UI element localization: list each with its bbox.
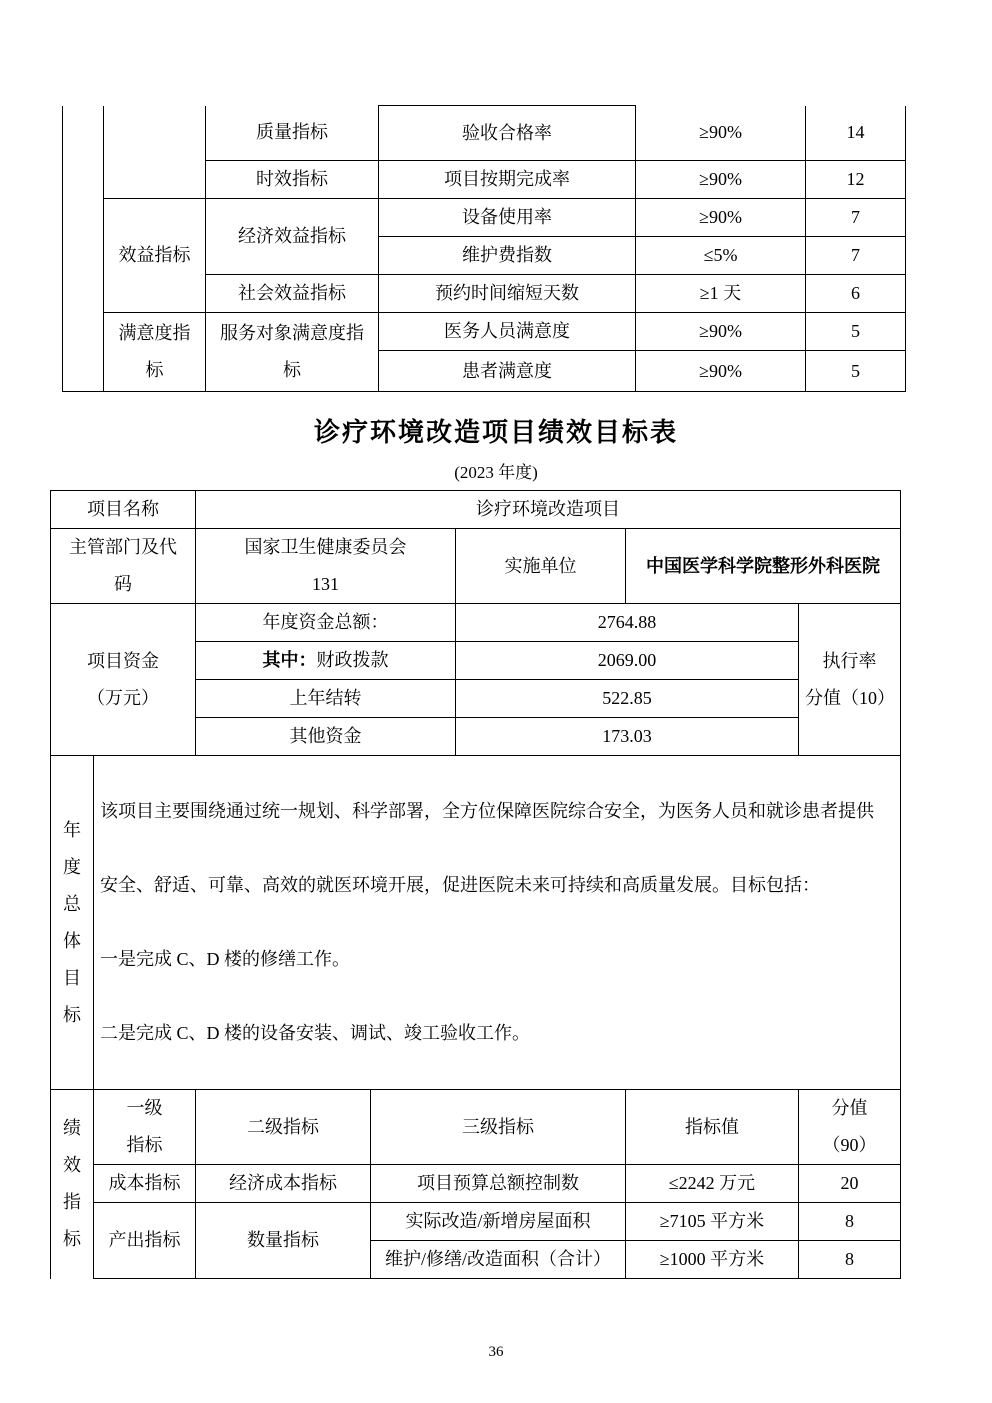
funding-total-label-cell: 年度资金总额： xyxy=(196,604,456,642)
page-title: 诊疗环境改造项目绩效目标表 xyxy=(0,412,992,449)
header-score-cell: 分值 （90） xyxy=(799,1090,901,1165)
annual-goal-label-cell: 年 度 总 体 目 标 xyxy=(51,756,94,1090)
perf-label-cell: 绩 效 指 标 xyxy=(51,1090,94,1279)
table-row: 效益指标 经济效益指标 设备使用率 ≥90% 7 xyxy=(63,199,906,237)
primary-indicator-cell: 产出指标 xyxy=(94,1203,196,1279)
funding-fiscal-label-cell: 其中：财政拨款 xyxy=(196,642,456,680)
target-value-cell: ≥90% xyxy=(636,313,806,351)
secondary-indicator-cell: 时效指标 xyxy=(206,161,379,199)
table-row: 主管部门及代 码 国家卫生健康委员会 131 实施单位 中国医学科学院整形外科医… xyxy=(51,529,901,604)
dept-cell: 国家卫生健康委员会 131 xyxy=(196,529,456,604)
indicator-name-cell: 实际改造/新增房屋面积 xyxy=(371,1203,626,1241)
indicator-name-cell: 维护费指数 xyxy=(379,237,636,275)
table-row: 项目资金 （万元） 年度资金总额： 2764.88 执行率 分值（10） xyxy=(51,604,901,642)
table-row: 质量指标 验收合格率 ≥90% 14 xyxy=(63,106,906,161)
score-cell: 8 xyxy=(799,1241,901,1279)
secondary-indicator-cell: 质量指标 xyxy=(206,106,379,161)
fiscal-label: 财政拨款 xyxy=(317,650,389,670)
goal-line: 一是完成 C、D 楼的修缮工作。 xyxy=(100,941,894,978)
target-value-cell: ≥90% xyxy=(636,199,806,237)
continued-left-spacer-cell xyxy=(63,106,104,392)
funding-other-value-cell: 173.03 xyxy=(456,718,799,756)
page-subtitle: (2023 年度) xyxy=(0,458,992,483)
execution-rate-cell: 执行率 分值（10） xyxy=(799,604,901,756)
table-row: 产出指标 数量指标 实际改造/新增房屋面积 ≥7105 平方米 8 xyxy=(51,1203,901,1241)
secondary-indicator-cell: 数量指标 xyxy=(196,1203,371,1279)
indicator-name-cell: 验收合格率 xyxy=(379,106,636,161)
funding-carryover-label-cell: 上年结转 xyxy=(196,680,456,718)
score-cell: 12 xyxy=(806,161,906,199)
indicator-name-cell: 医务人员满意度 xyxy=(379,313,636,351)
performance-target-table: 项目名称 诊疗环境改造项目 主管部门及代 码 国家卫生健康委员会 131 实施单… xyxy=(50,490,901,1279)
primary-indicator-cell: 成本指标 xyxy=(94,1165,196,1203)
project-name-label-cell: 项目名称 xyxy=(51,491,196,529)
target-value-cell: ≥90% xyxy=(636,161,806,199)
target-value-cell: ≤2242 万元 xyxy=(626,1165,799,1203)
target-value-cell: ≥90% xyxy=(636,351,806,392)
funding-fiscal-value-cell: 2069.00 xyxy=(456,642,799,680)
primary-indicator-cell: 效益指标 xyxy=(104,199,206,313)
goal-line: 安全、舒适、可靠、高效的就医环境开展，促进医院未来可持续和高质量发展。目标包括： xyxy=(100,867,894,904)
fiscal-prefix: 其中： xyxy=(263,650,317,670)
indicator-name-cell: 维护/修缮/改造面积（合计） xyxy=(371,1241,626,1279)
secondary-indicator-cell: 经济成本指标 xyxy=(196,1165,371,1203)
score-cell: 5 xyxy=(806,313,906,351)
project-name-cell: 诊疗环境改造项目 xyxy=(196,491,901,529)
goal-line: 该项目主要围绕通过统一规划、科学部署，全方位保障医院综合安全，为医务人员和就诊患… xyxy=(100,793,894,830)
score-cell: 5 xyxy=(806,351,906,392)
score-cell: 6 xyxy=(806,275,906,313)
indicator-name-cell: 设备使用率 xyxy=(379,199,636,237)
header-target-cell: 指标值 xyxy=(626,1090,799,1165)
score-cell: 14 xyxy=(806,106,906,161)
table-row: 项目名称 诊疗环境改造项目 xyxy=(51,491,901,529)
indicator-name-cell: 项目按期完成率 xyxy=(379,161,636,199)
target-value-cell: ≥1 天 xyxy=(636,275,806,313)
primary-indicator-cell: 满意度指 标 xyxy=(104,313,206,392)
table-row: 成本指标 经济成本指标 项目预算总额控制数 ≤2242 万元 20 xyxy=(51,1165,901,1203)
annual-goal-text-cell: 该项目主要围绕通过统一规划、科学部署，全方位保障医院综合安全，为医务人员和就诊患… xyxy=(94,756,901,1090)
indicator-name-cell: 项目预算总额控制数 xyxy=(371,1165,626,1203)
secondary-indicator-cell: 服务对象满意度指 标 xyxy=(206,313,379,392)
indicator-name-cell: 预约时间缩短天数 xyxy=(379,275,636,313)
table-row: 满意度指 标 服务对象满意度指 标 医务人员满意度 ≥90% 5 xyxy=(63,313,906,351)
impl-unit-cell: 中国医学科学院整形外科医院 xyxy=(626,529,901,604)
target-value-cell: ≤5% xyxy=(636,237,806,275)
page-number: 36 xyxy=(0,1344,992,1361)
target-value-cell: ≥90% xyxy=(636,106,806,161)
funding-other-label-cell: 其他资金 xyxy=(196,718,456,756)
funding-total-value-cell: 2764.88 xyxy=(456,604,799,642)
score-cell: 20 xyxy=(799,1165,901,1203)
continued-indicator-table: 质量指标 验收合格率 ≥90% 14 时效指标 项目按期完成率 ≥90% 12 … xyxy=(62,105,906,392)
score-cell: 7 xyxy=(806,237,906,275)
impl-unit-label-cell: 实施单位 xyxy=(456,529,626,604)
document-page: 质量指标 验收合格率 ≥90% 14 时效指标 项目按期完成率 ≥90% 12 … xyxy=(0,0,992,1403)
target-value-cell: ≥1000 平方米 xyxy=(626,1241,799,1279)
continued-group-cell xyxy=(104,106,206,199)
goal-line: 二是完成 C、D 楼的设备安装、调试、竣工验收工作。 xyxy=(100,1015,894,1052)
table-row: 年 度 总 体 目 标 该项目主要围绕通过统一规划、科学部署，全方位保障医院综合… xyxy=(51,756,901,1090)
score-cell: 8 xyxy=(799,1203,901,1241)
funding-carryover-value-cell: 522.85 xyxy=(456,680,799,718)
dept-label-cell: 主管部门及代 码 xyxy=(51,529,196,604)
secondary-indicator-cell: 经济效益指标 xyxy=(206,199,379,275)
header-level3-cell: 三级指标 xyxy=(371,1090,626,1165)
secondary-indicator-cell: 社会效益指标 xyxy=(206,275,379,313)
header-level2-cell: 二级指标 xyxy=(196,1090,371,1165)
target-value-cell: ≥7105 平方米 xyxy=(626,1203,799,1241)
table-row: 绩 效 指 标 一级 指标 二级指标 三级指标 指标值 分值 （90） xyxy=(51,1090,901,1165)
header-level1-cell: 一级 指标 xyxy=(94,1090,196,1165)
score-cell: 7 xyxy=(806,199,906,237)
funding-label-cell: 项目资金 （万元） xyxy=(51,604,196,756)
indicator-name-cell: 患者满意度 xyxy=(379,351,636,392)
